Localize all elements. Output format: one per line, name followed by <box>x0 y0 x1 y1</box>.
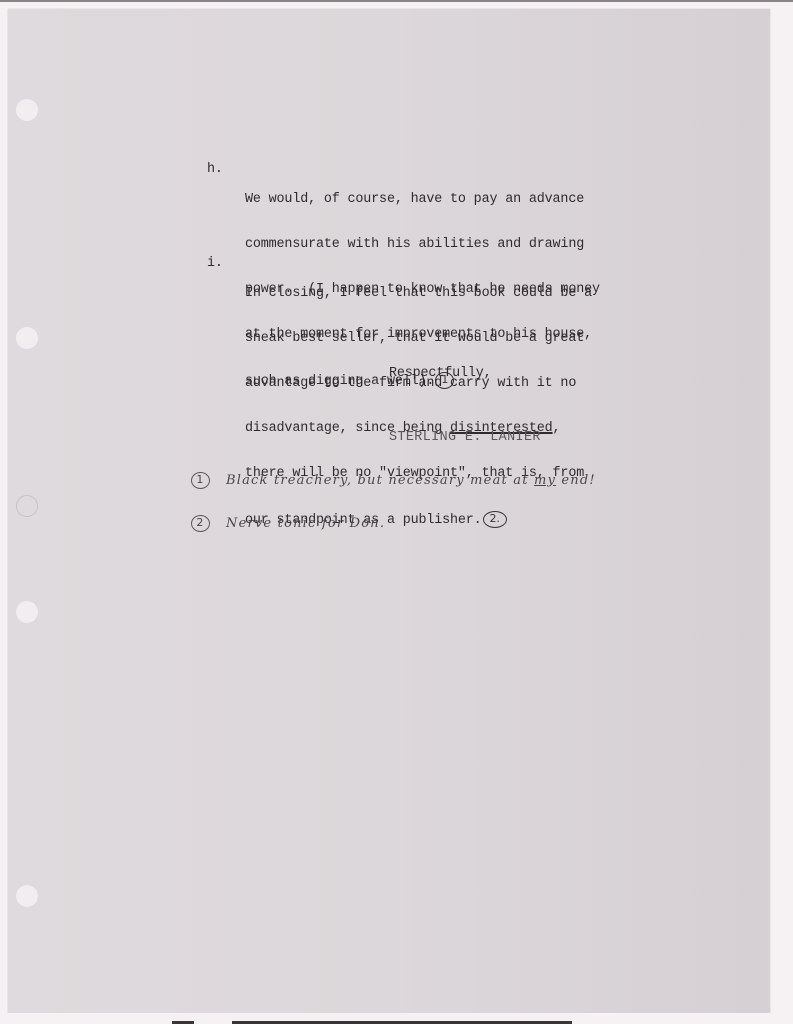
binder-hole <box>16 601 38 623</box>
paragraph-h-line: commensurate with his abilities and draw… <box>245 237 600 252</box>
handwritten-note-2: 2Nerve tonic for Don. <box>190 515 385 532</box>
paragraph-i-line: In closing, I feel that this book could … <box>245 286 592 301</box>
paragraph-i-marker: i. <box>207 256 223 271</box>
note-number: 1 <box>191 472 210 489</box>
signature: STERLING E. LANIER <box>389 430 541 445</box>
paragraph-h-marker: h. <box>207 162 223 177</box>
paragraph-h-line: We would, of course, have to pay an adva… <box>245 192 600 207</box>
note-underlined: my <box>534 473 556 488</box>
binder-hole <box>16 495 38 517</box>
binder-hole <box>16 99 38 121</box>
paragraph-i: In closing, I feel that this book could … <box>245 256 592 543</box>
paragraph-i-line: sneak best seller, that it would be a gr… <box>245 331 592 346</box>
note-text: end! <box>556 473 596 488</box>
binder-hole <box>16 885 38 907</box>
handwritten-note-1: 1Black treachery, but necessary meat at … <box>190 472 596 489</box>
closing: Respectfully, <box>389 366 492 381</box>
footnote-ref-2: 2. <box>483 511 507 528</box>
note-text: Black treachery, but necessary meat at <box>226 473 534 488</box>
note-number: 2 <box>191 515 210 532</box>
line-text: , <box>553 421 561 436</box>
binder-hole <box>16 327 38 349</box>
scan-top-edge <box>0 0 793 9</box>
note-text: Nerve tonic for Don. <box>226 516 385 531</box>
scan-bottom-edge <box>0 1013 793 1024</box>
